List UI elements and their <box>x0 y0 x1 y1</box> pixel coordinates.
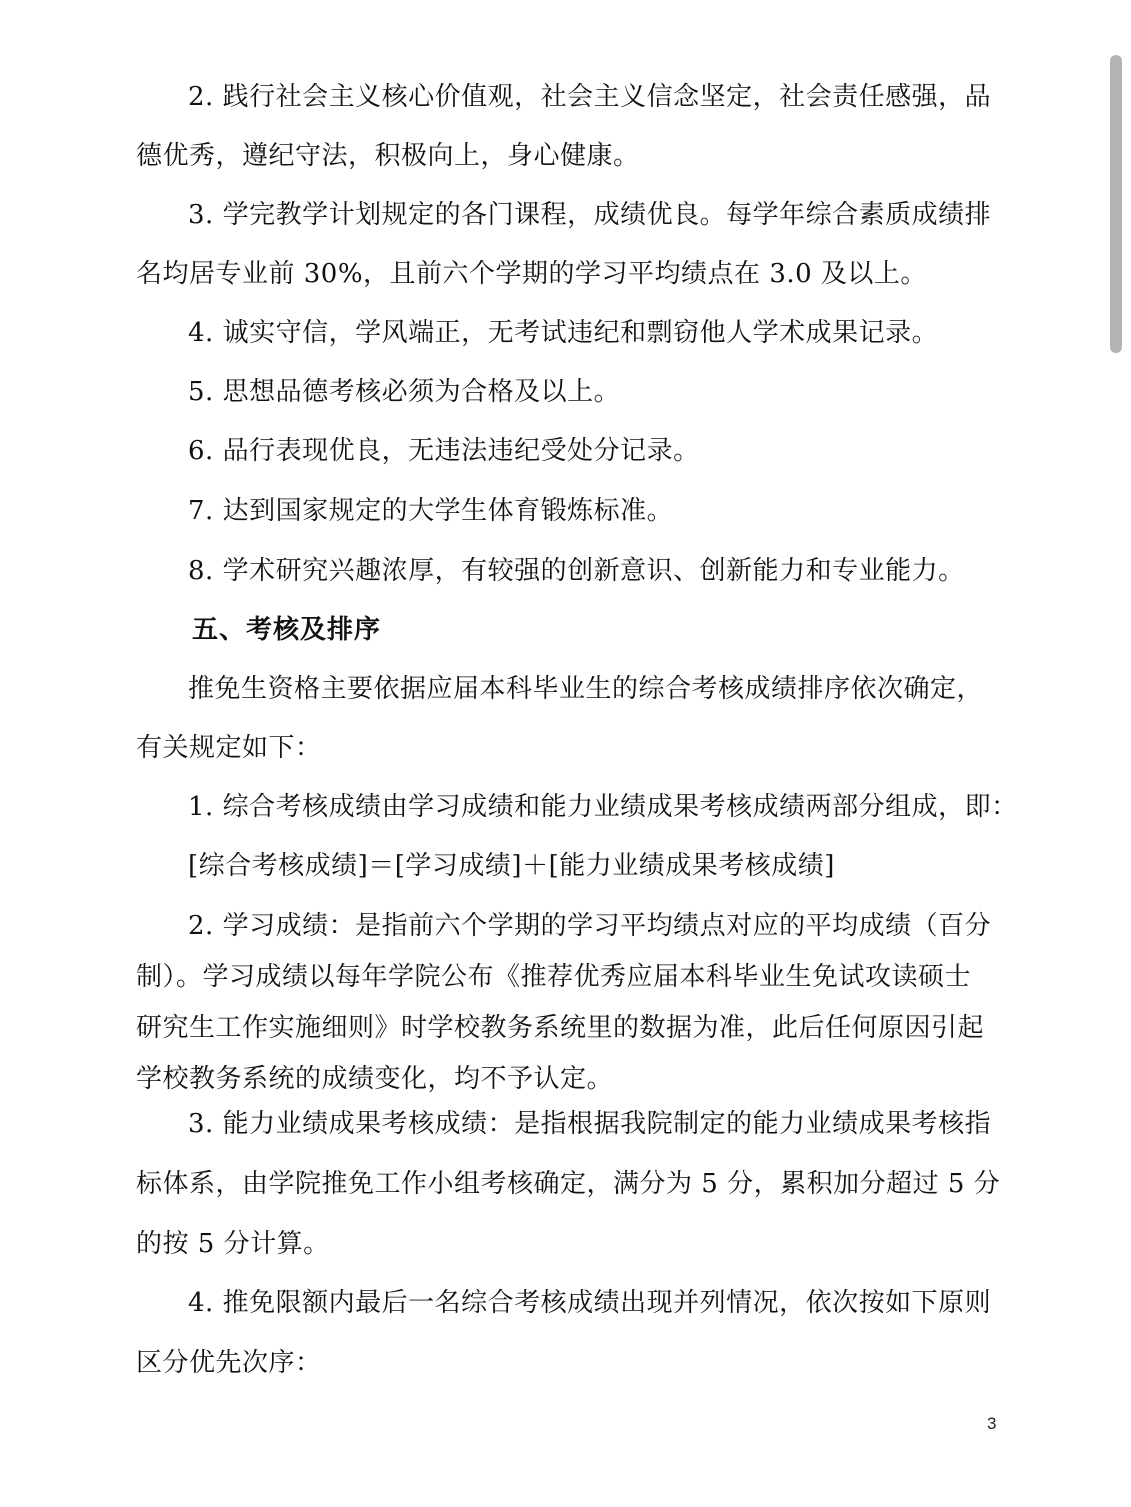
paragraph-line: 德优秀，遵纪守法，积极向上，身心健康。 <box>136 139 640 173</box>
paragraph-line: 8. 学术研究兴趣浓厚，有较强的创新意识、创新能力和专业能力。 <box>188 554 965 588</box>
paragraph-line: 名均居专业前 30%，且前六个学期的学习平均绩点在 3.0 及以上。 <box>136 257 927 291</box>
paragraph-line: 研究生工作实施细则》时学校教务系统里的数据为准，此后任何原因引起 <box>136 1011 984 1045</box>
paragraph-line: 5. 思想品德考核必须为合格及以上。 <box>188 375 620 409</box>
document-page: 2. 践行社会主义核心价值观，社会主义信念坚定，社会责任感强，品 德优秀，遵纪守… <box>0 0 1131 1507</box>
paragraph-line: 4. 诚实守信，学风端正，无考试违纪和剽窃他人学术成果记录。 <box>188 316 938 350</box>
paragraph-line: 2. 学习成绩：是指前六个学期的学习平均绩点对应的平均成绩（百分 <box>188 909 991 943</box>
page-number: 3 <box>987 1414 996 1434</box>
paragraph-line: 3. 学完教学计划规定的各门课程，成绩优良。每学年综合素质成绩排 <box>188 198 991 232</box>
paragraph-line: 3. 能力业绩成果考核成绩：是指根据我院制定的能力业绩成果考核指 <box>188 1107 991 1141</box>
formula-line: [综合考核成绩]＝[学习成绩]＋[能力业绩成果考核成绩] <box>188 849 835 883</box>
paragraph-line: 6. 品行表现优良，无违法违纪受处分记录。 <box>188 434 700 468</box>
paragraph-line: 1. 综合考核成绩由学习成绩和能力业绩成果考核成绩两部分组成，即： <box>188 790 1018 824</box>
scrollbar-thumb[interactable] <box>1110 55 1122 353</box>
paragraph-line: 4. 推免限额内最后一名综合考核成绩出现并列情况，依次按如下原则 <box>188 1286 991 1320</box>
paragraph-line: 标体系，由学院推免工作小组考核确定，满分为 5 分，累积加分超过 5 分 <box>136 1167 1000 1201</box>
paragraph-line: 学校教务系统的成绩变化，均不予认定。 <box>136 1062 613 1096</box>
paragraph-line: 7. 达到国家规定的大学生体育锻炼标准。 <box>188 494 673 528</box>
section-heading: 五、考核及排序 <box>192 613 381 647</box>
paragraph-line: 区分优先次序： <box>136 1346 322 1380</box>
paragraph-line: 制）。学习成绩以每年学院公布《推荐优秀应届本科毕业生免试攻读硕士 <box>136 960 971 994</box>
paragraph-line: 的按 5 分计算。 <box>136 1227 330 1261</box>
paragraph-line: 2. 践行社会主义核心价值观，社会主义信念坚定，社会责任感强，品 <box>188 80 991 114</box>
paragraph-line: 有关规定如下： <box>136 731 322 765</box>
paragraph-line: 推免生资格主要依据应届本科毕业生的综合考核成绩排序依次确定， <box>188 672 983 706</box>
